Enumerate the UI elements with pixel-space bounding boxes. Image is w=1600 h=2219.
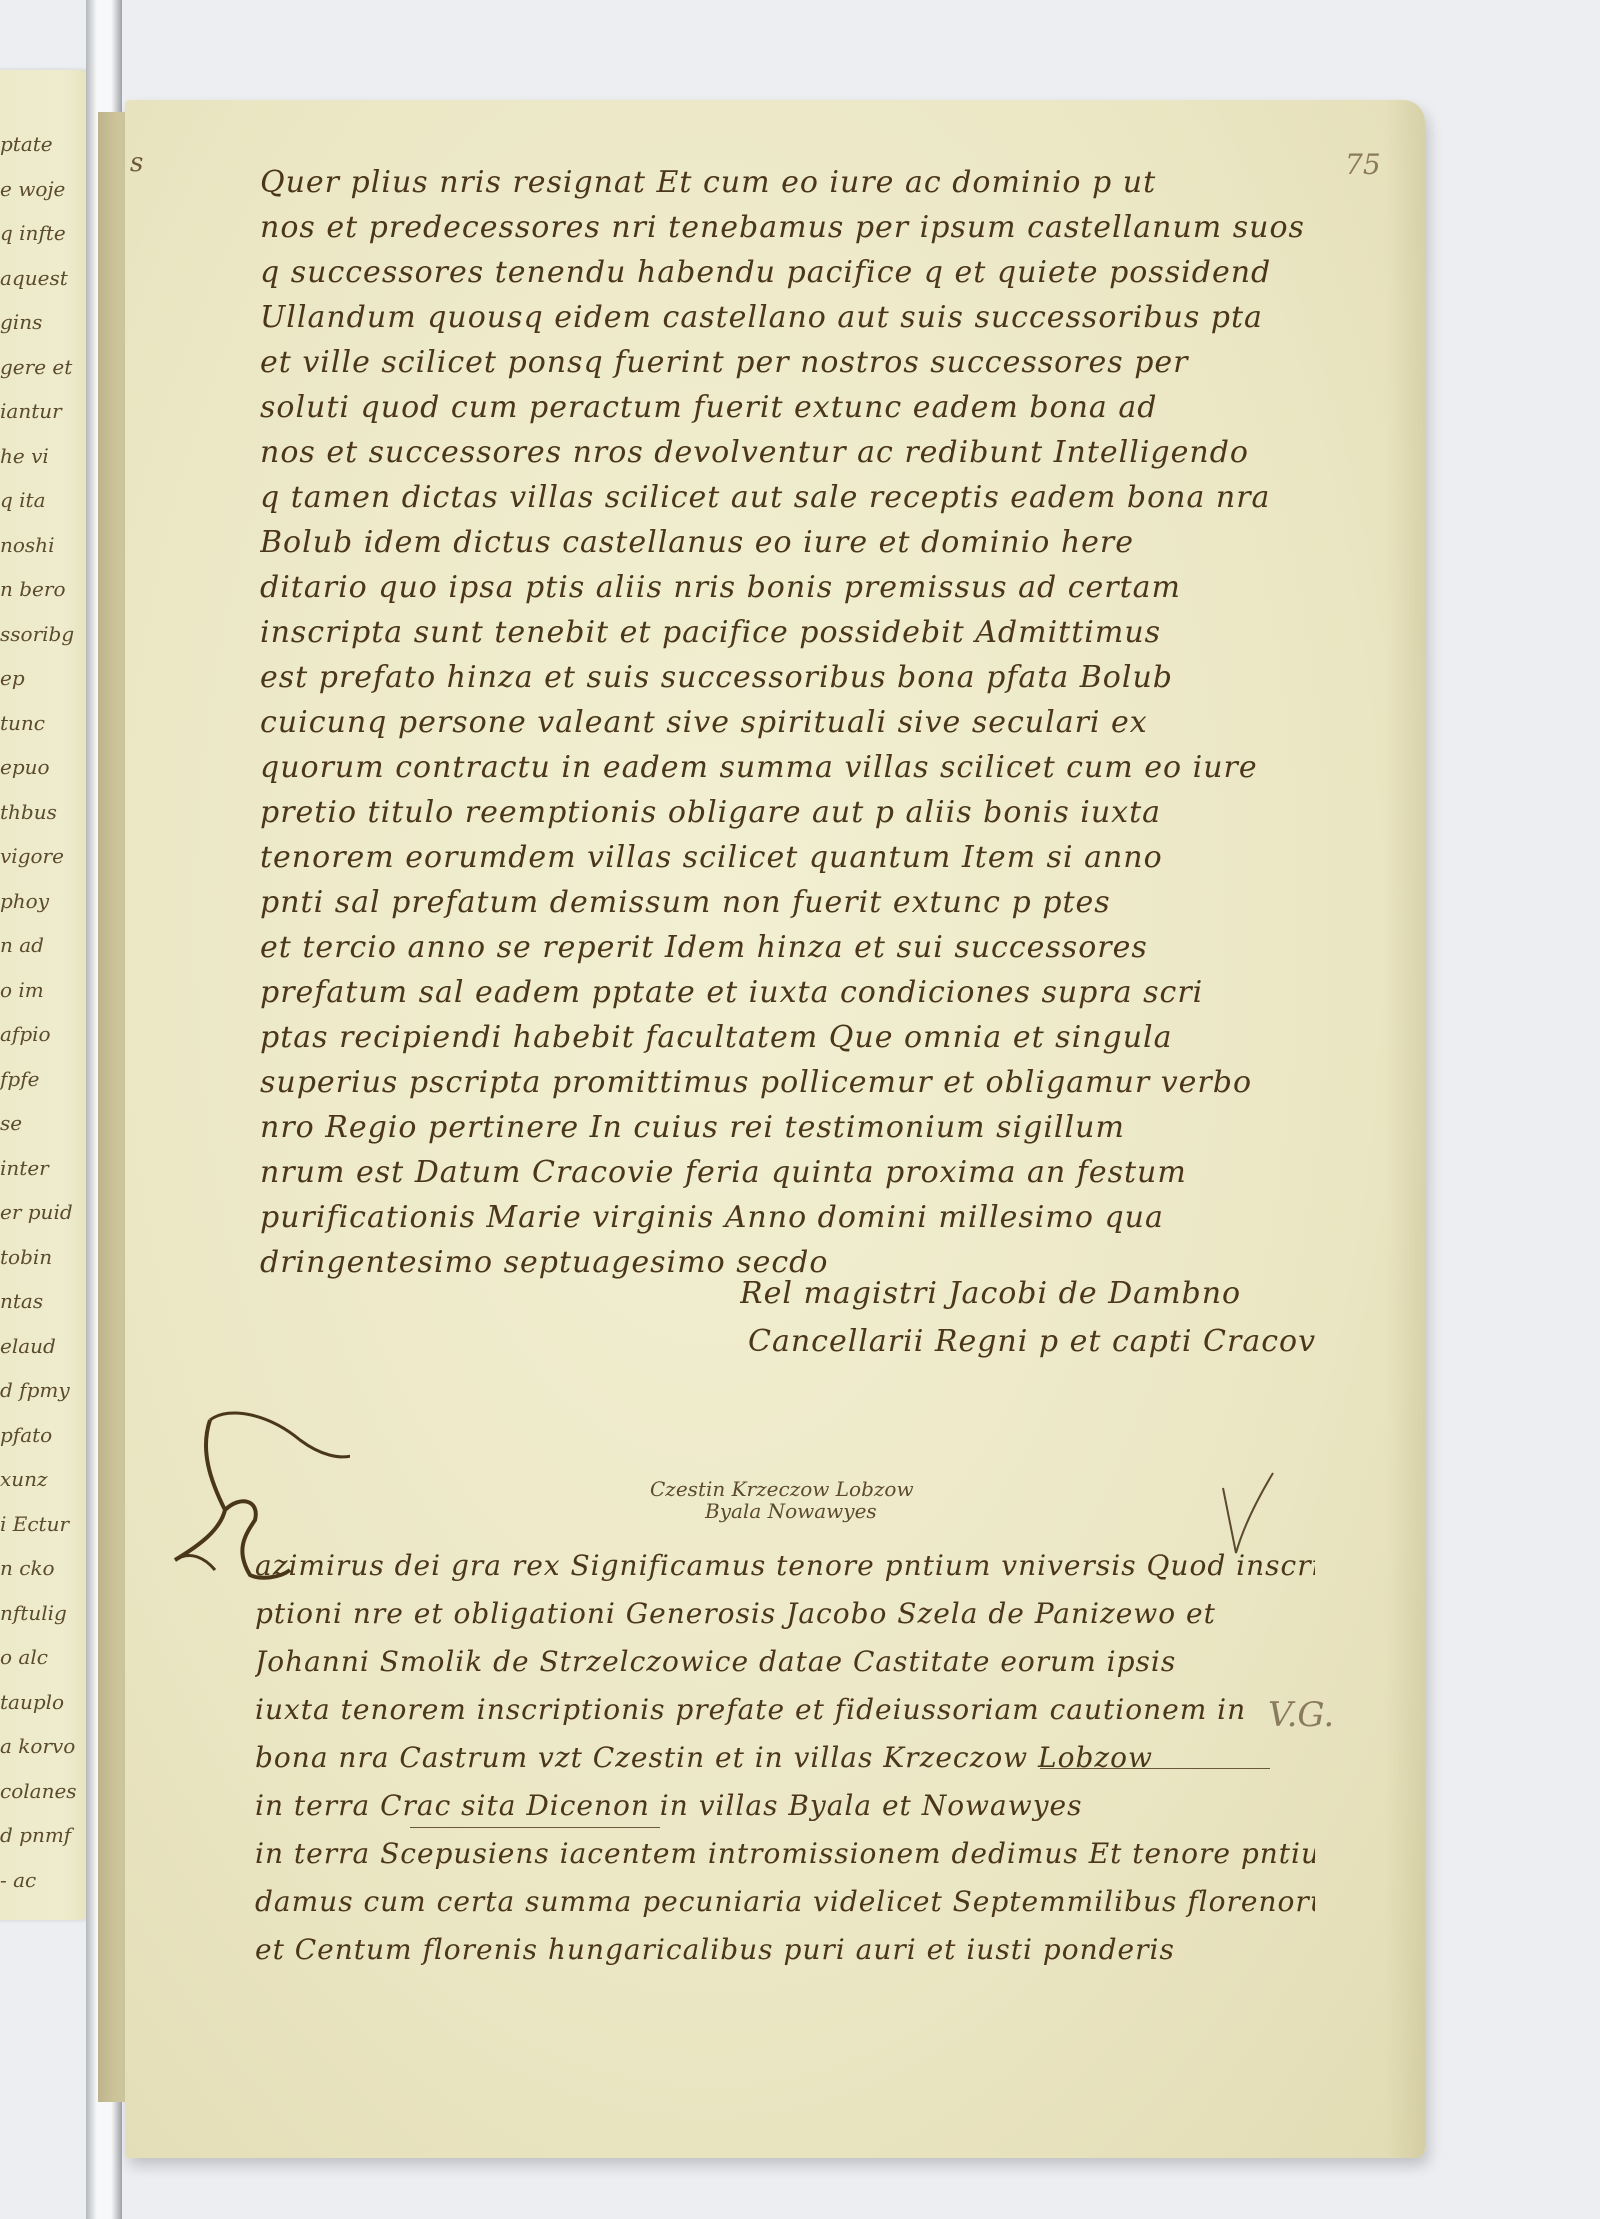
margin-fragment: ntas bbox=[0, 1289, 43, 1313]
margin-fragment: i Ectur bbox=[0, 1512, 69, 1536]
manuscript-line: bona nra Castrum vzt Czestin et in villa… bbox=[255, 1734, 1315, 1782]
manuscript-line: est prefato hinza et suis successoribus … bbox=[260, 655, 1320, 700]
signature-line: Cancellarii Regni p et capti Cracov bbox=[740, 1318, 1340, 1366]
manuscript-line: superius pscripta promittimus pollicemur… bbox=[260, 1060, 1320, 1105]
manuscript-line: pnti sal prefatum demissum non fuerit ex… bbox=[260, 880, 1320, 925]
margin-fragment: o alc bbox=[0, 1645, 48, 1669]
manuscript-line: soluti quod cum peractum fuerit extunc e… bbox=[260, 385, 1320, 430]
margin-fragment: tunc bbox=[0, 711, 45, 735]
margin-fragment: elaud bbox=[0, 1334, 56, 1358]
margin-fragment: iantur bbox=[0, 399, 62, 423]
heading-note-line: Czestin Krzeczow Lobzow bbox=[650, 1477, 914, 1501]
margin-fragment: d pnmf bbox=[0, 1823, 71, 1847]
margin-fragment: colanes bbox=[0, 1779, 77, 1803]
margin-fragment: n bero bbox=[0, 577, 65, 601]
manuscript-line: damus cum certa summa pecuniaria videlic… bbox=[255, 1878, 1315, 1926]
margin-fragment: gere et bbox=[0, 355, 72, 379]
margin-fragment: inter bbox=[0, 1156, 49, 1180]
manuscript-line: et ville scilicet ponsq fuerint per nost… bbox=[260, 340, 1320, 385]
margin-fragment: nftulig bbox=[0, 1601, 67, 1625]
margin-fragment: fpfe bbox=[0, 1067, 39, 1091]
manuscript-line: Quer plius nris resignat Et cum eo iure … bbox=[260, 160, 1320, 205]
margin-fragment: afpio bbox=[0, 1022, 51, 1046]
margin-fragment: gins bbox=[0, 310, 42, 334]
margin-fragment: he vi bbox=[0, 444, 49, 468]
margin-fragment: aquest bbox=[0, 266, 68, 290]
manuscript-line: prefatum sal eadem pptate et iuxta condi… bbox=[260, 970, 1320, 1015]
margin-fragment: - ac bbox=[0, 1868, 36, 1892]
margin-fragment: ssoribg bbox=[0, 622, 74, 646]
margin-fragment: q ita bbox=[0, 488, 46, 512]
entry-2-text: azimirus dei gra rex Significamus tenore… bbox=[255, 1542, 1315, 1974]
margin-fragment: tobin bbox=[0, 1245, 52, 1269]
margin-fragment: epuo bbox=[0, 755, 50, 779]
manuscript-line: tenorem eorumdem villas scilicet quantum… bbox=[260, 835, 1320, 880]
margin-fragment: e woje bbox=[0, 177, 65, 201]
margin-fragment: noshi bbox=[0, 533, 54, 557]
manuscript-line: nrum est Datum Cracovie feria quinta pro… bbox=[260, 1150, 1320, 1195]
manuscript-line: pretio titulo reemptionis obligare aut p… bbox=[260, 790, 1320, 835]
left-facing-page: ptatee wojeq infteaquestginsgere etiantu… bbox=[0, 70, 98, 1920]
manuscript-line: nro Regio pertinere In cuius rei testimo… bbox=[260, 1105, 1320, 1150]
margin-fragment: phoy bbox=[0, 889, 49, 913]
margin-fragment: a korvo bbox=[0, 1734, 75, 1758]
margin-fragment: tauplo bbox=[0, 1690, 64, 1714]
margin-fragment: d fpmy bbox=[0, 1378, 70, 1402]
manuscript-line: ptas recipiendi habebit facultatem Que o… bbox=[260, 1015, 1320, 1060]
manuscript-line: q tamen dictas villas scilicet aut sale … bbox=[260, 475, 1320, 520]
manuscript-line: Ullandum quousq eidem castellano aut sui… bbox=[260, 295, 1320, 340]
margin-fragment: ep bbox=[0, 666, 25, 690]
margin-fragment: ptate bbox=[0, 132, 53, 156]
manuscript-line: ditario quo ipsa ptis aliis nris bonis p… bbox=[260, 565, 1320, 610]
manuscript-line: quorum contractu in eadem summa villas s… bbox=[260, 745, 1320, 790]
manuscript-line: nos et successores nros devolventur ac r… bbox=[260, 430, 1320, 475]
corner-mark: s bbox=[130, 148, 143, 178]
signature-line: Rel magistri Jacobi de Dambno bbox=[740, 1270, 1340, 1318]
entry-2-heading-note: Czestin Krzeczow Lobzow Byala Nowawyes bbox=[650, 1478, 914, 1522]
manuscript-line: nos et predecessores nri tenebamus per i… bbox=[260, 205, 1320, 250]
margin-fragment: se bbox=[0, 1111, 22, 1135]
heading-note-line: Byala Nowawyes bbox=[650, 1500, 914, 1522]
manuscript-line: ptioni nre et obligationi Generosis Jaco… bbox=[255, 1590, 1315, 1638]
manuscript-line: Johanni Smolik de Strzelczowice datae Ca… bbox=[255, 1638, 1315, 1686]
manuscript-line: inscripta sunt tenebit et pacifice possi… bbox=[260, 610, 1320, 655]
entry-1-signature: Rel magistri Jacobi de Dambno Cancellari… bbox=[740, 1270, 1340, 1366]
underline-mark bbox=[1040, 1768, 1270, 1769]
margin-fragment: n ad bbox=[0, 933, 44, 957]
manuscript-line: in terra Crac sita Dicenon in villas Bya… bbox=[255, 1782, 1315, 1830]
manuscript-line: purificationis Marie virginis Anno domin… bbox=[260, 1195, 1320, 1240]
manuscript-line: Bolub idem dictus castellanus eo iure et… bbox=[260, 520, 1320, 565]
margin-fragment: xunz bbox=[0, 1467, 48, 1491]
underline-mark bbox=[410, 1827, 660, 1828]
manuscript-line: q successores tenendu habendu pacifice q… bbox=[260, 250, 1320, 295]
margin-fragment: n cko bbox=[0, 1556, 55, 1580]
manuscript-line: cuicunq persone valeant sive spirituali … bbox=[260, 700, 1320, 745]
margin-fragment: vigore bbox=[0, 844, 64, 868]
side-note: V.G. bbox=[1268, 1695, 1334, 1735]
margin-fragment: pfato bbox=[0, 1423, 52, 1447]
manuscript-line: azimirus dei gra rex Significamus tenore… bbox=[255, 1542, 1315, 1590]
manuscript-line: iuxta tenorem inscriptionis prefate et f… bbox=[255, 1686, 1315, 1734]
manuscript-line: in terra Scepusiens iacentem intromissio… bbox=[255, 1830, 1315, 1878]
margin-fragment: thbus bbox=[0, 800, 57, 824]
margin-fragment: er puid bbox=[0, 1200, 73, 1224]
manuscript-line: et tercio anno se reperit Idem hinza et … bbox=[260, 925, 1320, 970]
entry-1-text: Quer plius nris resignat Et cum eo iure … bbox=[260, 160, 1320, 1285]
margin-fragment: q infte bbox=[0, 221, 66, 245]
manuscript-line: et Centum florenis hungaricalibus puri a… bbox=[255, 1926, 1315, 1974]
margin-fragment: o im bbox=[0, 978, 44, 1002]
folio-number: 75 bbox=[1345, 148, 1381, 181]
